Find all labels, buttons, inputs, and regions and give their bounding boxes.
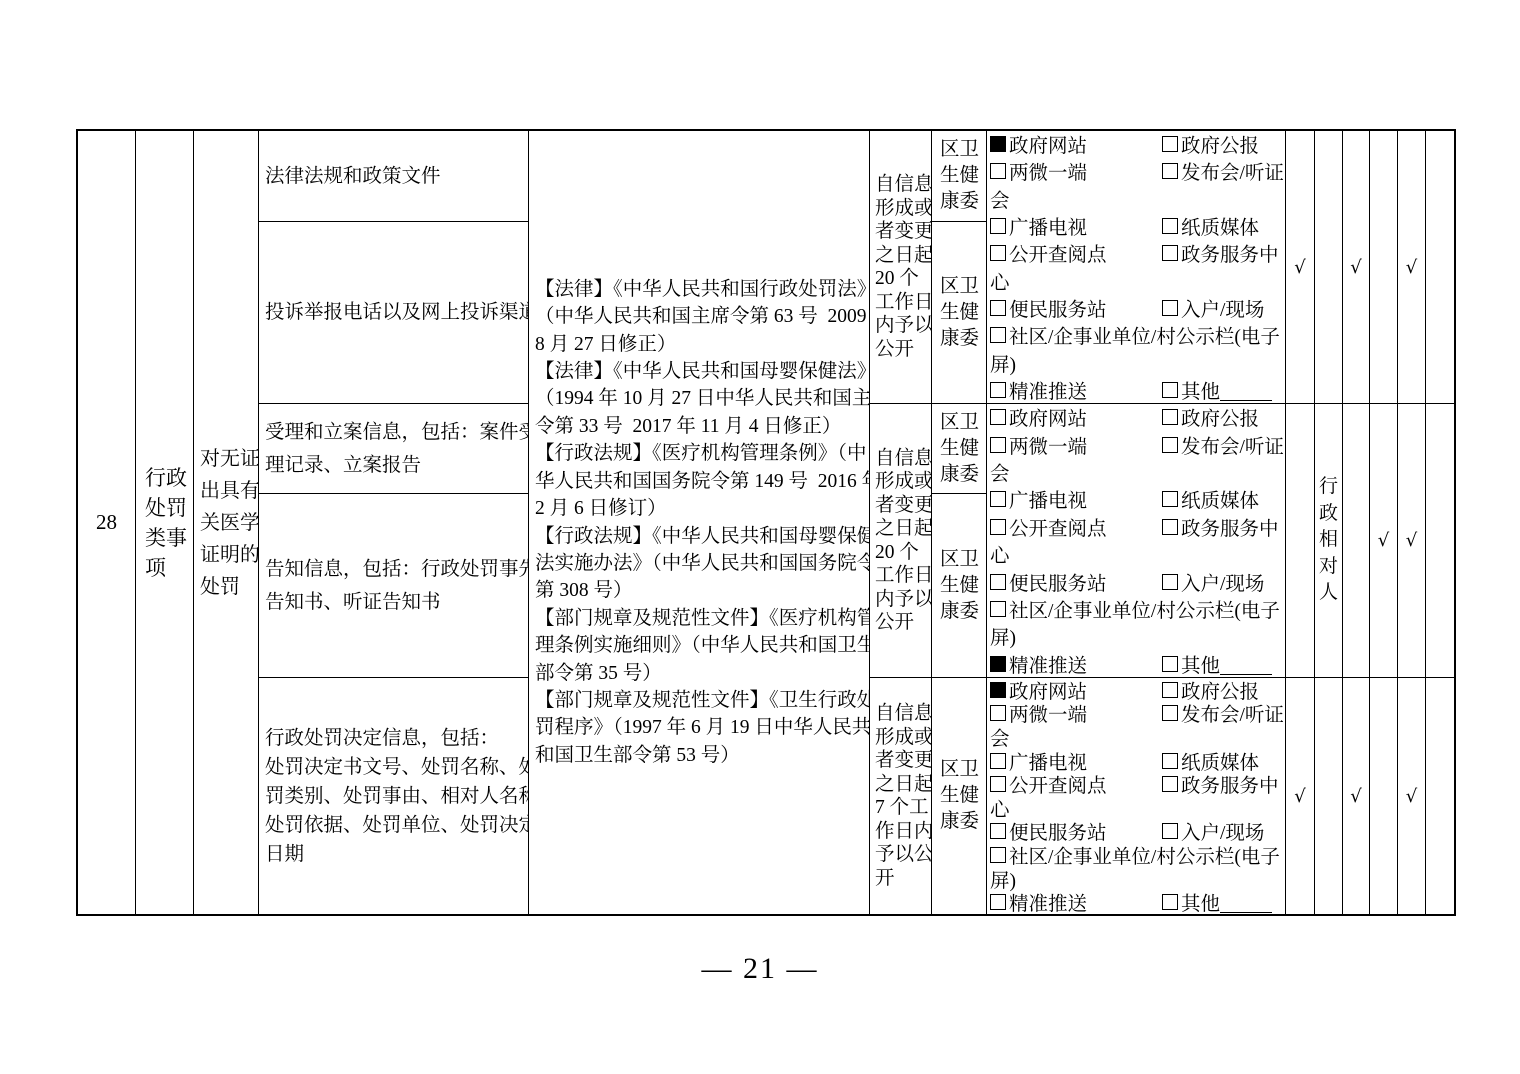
text-line: 区卫 bbox=[940, 274, 986, 300]
checkbox-icon bbox=[1162, 136, 1178, 152]
channel-item: 社区/企事业单位/村公示栏(电子 bbox=[990, 595, 1280, 623]
channels-block-2: 政府网站政府公报两微一端发布会/听证会广播电视纸质媒体公开查阅点政务服务中心便民… bbox=[987, 404, 1286, 678]
text-line: （中华人民共和国主席令第 63 号 2009 年 bbox=[535, 303, 869, 330]
mark-cell-r3c4 bbox=[1370, 678, 1398, 914]
channel-item: 公开查阅点 bbox=[990, 770, 1162, 798]
text-line: 8 月 27 日修正） bbox=[535, 331, 869, 358]
channel-item: 两微一端 bbox=[990, 157, 1162, 185]
text-line: 区卫 bbox=[940, 137, 986, 163]
channel-line: 心 bbox=[990, 267, 1285, 294]
mark-cell-r1c5: √ bbox=[1398, 131, 1426, 404]
channel-item: 政务服务中 bbox=[1162, 239, 1279, 267]
checkbox-icon bbox=[1162, 519, 1178, 535]
text-line: 者变更 bbox=[875, 494, 931, 518]
channels-block-1: 政府网站政府公报两微一端发布会/听证会广播电视纸质媒体公开查阅点政务服务中心便民… bbox=[987, 131, 1286, 404]
checkbox-icon bbox=[1162, 753, 1178, 769]
text-line: 自信息 bbox=[875, 447, 931, 471]
channel-label: 发布会/听证 bbox=[1181, 157, 1284, 185]
checkbox-checked-icon bbox=[990, 682, 1006, 698]
text-line: 法律法规和政策文件 bbox=[265, 160, 528, 193]
text-line: 和国卫生部令第 53 号） bbox=[535, 742, 869, 769]
channel-item: 发布会/听证 bbox=[1162, 699, 1284, 727]
channel-label: 公开查阅点 bbox=[1009, 770, 1107, 798]
text-line: 第 308 号） bbox=[535, 577, 869, 604]
text-line: 告知书、听证告知书 bbox=[265, 586, 528, 619]
text-line: 内予以 bbox=[875, 588, 931, 612]
channel-item: 会 bbox=[990, 185, 1010, 213]
checkbox-icon bbox=[990, 847, 1006, 863]
text-line: 康委 bbox=[940, 462, 986, 488]
checkbox-icon bbox=[990, 163, 1006, 179]
channel-line: 社区/企事业单位/村公示栏(电子 bbox=[990, 322, 1285, 349]
channel-label: 便民服务站 bbox=[1009, 294, 1107, 322]
channel-item: 心 bbox=[990, 267, 1010, 295]
text-line: 区卫 bbox=[940, 547, 986, 573]
text-line: 理记录、立案报告 bbox=[265, 449, 528, 482]
channel-item: 其他 bbox=[1162, 650, 1272, 678]
channel-line: 屏) bbox=[990, 623, 1285, 650]
checkbox-icon bbox=[1162, 163, 1178, 179]
checkbox-icon bbox=[1162, 823, 1178, 839]
checkbox-icon bbox=[990, 245, 1006, 261]
page-number: — 21 — bbox=[0, 952, 1520, 986]
text-line: 部令第 35 号） bbox=[535, 660, 869, 687]
text-line: 内予以 bbox=[875, 314, 931, 338]
text-line: 行政 bbox=[145, 463, 193, 493]
unit-cell-4: 区卫生健康委 bbox=[932, 494, 987, 678]
checkbox-icon bbox=[990, 382, 1006, 398]
channel-item: 会 bbox=[990, 458, 1010, 486]
blank-underline bbox=[1220, 659, 1272, 675]
checkbox-icon bbox=[1162, 705, 1178, 721]
text-line: 处罚 bbox=[200, 571, 258, 603]
text-line: 【部门规章及规范性文件】《医疗机构管 bbox=[535, 605, 869, 632]
channel-line: 公开查阅点政务服务中 bbox=[990, 240, 1285, 267]
mark-cell-r2c3 bbox=[1343, 404, 1370, 678]
channel-line: 广播电视纸质媒体 bbox=[990, 749, 1285, 773]
text-line: 对 bbox=[1319, 554, 1338, 581]
channel-line: 屏) bbox=[990, 867, 1285, 891]
text-line: 【法律】《中华人民共和国母婴保健法》 bbox=[535, 358, 869, 385]
channel-label: 社区/企事业单位/村公示栏(电子 bbox=[1009, 841, 1280, 869]
channel-label: 精准推送 bbox=[1009, 650, 1087, 678]
text-line: 生健 bbox=[940, 573, 986, 599]
text-line: 20 个 bbox=[875, 267, 931, 291]
checkbox-checked-icon bbox=[990, 136, 1006, 152]
channel-line: 心 bbox=[990, 541, 1285, 568]
text-line: 区卫 bbox=[940, 410, 986, 436]
channel-label: 纸质媒体 bbox=[1181, 485, 1259, 513]
channel-item: 政府公报 bbox=[1162, 404, 1259, 431]
mark-cell-r3c5: √ bbox=[1398, 678, 1426, 914]
channel-label: 广播电视 bbox=[1009, 485, 1087, 513]
text-line: 形成或 bbox=[875, 470, 931, 494]
mark-cell-r3c2 bbox=[1315, 678, 1343, 914]
channel-label: 会 bbox=[990, 185, 1010, 213]
text-line: 7 个工 bbox=[875, 796, 931, 820]
checkbox-icon bbox=[990, 491, 1006, 507]
text-line: 康委 bbox=[940, 189, 986, 215]
channel-line: 广播电视纸质媒体 bbox=[990, 486, 1285, 513]
channel-item: 发布会/听证 bbox=[1162, 431, 1284, 459]
checkbox-icon bbox=[990, 327, 1006, 343]
checkbox-icon bbox=[990, 894, 1006, 910]
channel-item: 心 bbox=[990, 540, 1010, 568]
channel-item: 政务服务中 bbox=[1162, 513, 1279, 541]
checkbox-icon bbox=[1162, 437, 1178, 453]
text-line: 之日起 bbox=[875, 244, 931, 268]
checkbox-icon bbox=[1162, 491, 1178, 507]
checkbox-icon bbox=[990, 300, 1006, 316]
channel-item: 入户/现场 bbox=[1162, 294, 1264, 322]
text-line: 生健 bbox=[940, 300, 986, 326]
text-line: 工作日 bbox=[875, 291, 931, 315]
text-line: 生健 bbox=[940, 163, 986, 189]
text-line: 区卫 bbox=[940, 757, 986, 783]
mark-cell-r1c1: √ bbox=[1286, 131, 1315, 404]
channel-label: 政府网站 bbox=[1009, 404, 1087, 431]
channel-line: 心 bbox=[990, 796, 1285, 820]
channel-label: 两微一端 bbox=[1009, 699, 1087, 727]
text-line: 开 bbox=[875, 867, 931, 891]
channel-item: 两微一端 bbox=[990, 699, 1162, 727]
text-line: 法实施办法》（中华人民共和国国务院令 bbox=[535, 550, 869, 577]
text-line: 予以公 bbox=[875, 843, 931, 867]
text-line: 证明的 bbox=[200, 539, 258, 571]
text-line: 康委 bbox=[940, 599, 986, 625]
text-line: 之日起 bbox=[875, 517, 931, 541]
text-line: 处罚 bbox=[145, 493, 193, 523]
text-line: 类事 bbox=[145, 523, 193, 553]
text-line: 投诉举报电话以及网上投诉渠道 bbox=[265, 296, 528, 329]
channel-item: 屏) bbox=[990, 349, 1016, 377]
unit-cell-3: 区卫生健康委 bbox=[932, 404, 987, 494]
channel-label: 政府公报 bbox=[1181, 131, 1259, 158]
text-line: 形成或 bbox=[875, 197, 931, 221]
checkbox-icon bbox=[1162, 894, 1178, 910]
time-limit-cell-3: 自信息形成或者变更之日起7 个工作日内予以公开 bbox=[870, 678, 932, 914]
channel-item: 入户/现场 bbox=[1162, 568, 1264, 596]
text-line: 项 bbox=[145, 553, 193, 583]
text-line: 对无证 bbox=[200, 443, 258, 475]
checkbox-icon bbox=[1162, 245, 1178, 261]
legal-basis-cell: 【法律】《中华人民共和国行政处罚法》（中华人民共和国主席令第 63 号 2009… bbox=[529, 131, 870, 914]
checkbox-icon bbox=[990, 823, 1006, 839]
channel-label: 社区/企事业单位/村公示栏(电子 bbox=[1009, 321, 1280, 349]
channel-item: 政府网站 bbox=[990, 131, 1162, 158]
text-line: 出具有 bbox=[200, 475, 258, 507]
mark-cell-r1c6 bbox=[1426, 131, 1454, 404]
channel-item: 精准推送 bbox=[990, 650, 1162, 678]
text-line: 受理和立案信息，包括：案件受 bbox=[265, 416, 528, 449]
text-line: 政 bbox=[1319, 501, 1338, 528]
text-line: 日期 bbox=[265, 840, 528, 869]
channel-label: 屏) bbox=[990, 349, 1016, 377]
channel-label: 政务服务中 bbox=[1181, 239, 1279, 267]
channel-line: 精准推送其他 bbox=[990, 376, 1285, 403]
channel-label: 政府网站 bbox=[1009, 131, 1087, 158]
channel-line: 政府网站政府公报 bbox=[990, 404, 1285, 431]
channel-line: 公开查阅点政务服务中 bbox=[990, 513, 1285, 540]
checkbox-icon bbox=[1162, 409, 1178, 425]
channel-item: 精准推送 bbox=[990, 888, 1162, 914]
text-line: 【行政法规】《中华人民共和国母婴保健 bbox=[535, 523, 869, 550]
channel-label: 发布会/听证 bbox=[1181, 699, 1284, 727]
text-line: 公开 bbox=[875, 611, 931, 635]
checkbox-icon bbox=[990, 519, 1006, 535]
channel-line: 两微一端发布会/听证 bbox=[990, 158, 1285, 185]
checkbox-icon bbox=[990, 601, 1006, 617]
channel-label: 社区/企事业单位/村公示栏(电子 bbox=[1009, 595, 1280, 623]
text-line: 相 bbox=[1319, 527, 1338, 554]
text-line: 之日起 bbox=[875, 773, 931, 797]
text-line: 行政处罚决定信息，包括： bbox=[265, 724, 528, 753]
channel-line: 会 bbox=[990, 458, 1285, 485]
unit-cell-1: 区卫生健康委 bbox=[932, 131, 987, 222]
channel-item: 两微一端 bbox=[990, 431, 1162, 459]
checkbox-icon bbox=[990, 409, 1006, 425]
unit-cell-5: 区卫生健康委 bbox=[932, 678, 987, 914]
text-line: 处罚决定书文号、处罚名称、处 bbox=[265, 753, 528, 782]
channel-label: 入户/现场 bbox=[1181, 294, 1264, 322]
channel-label: 便民服务站 bbox=[1009, 568, 1107, 596]
text-line: 罚类别、处罚事由、相对人名称、 bbox=[265, 782, 528, 811]
serial-number-cell: 28 bbox=[78, 131, 136, 914]
checkbox-icon bbox=[1162, 382, 1178, 398]
channel-item: 便民服务站 bbox=[990, 568, 1162, 596]
channel-label: 政务服务中 bbox=[1181, 513, 1279, 541]
channel-item: 纸质媒体 bbox=[1162, 212, 1259, 240]
content-cell-acceptance: 受理和立案信息，包括：案件受理记录、立案报告 bbox=[259, 404, 529, 494]
channel-label: 心 bbox=[990, 540, 1010, 568]
channel-label: 政务服务中 bbox=[1181, 770, 1279, 798]
text-line: 告知信息，包括：行政处罚事先 bbox=[265, 553, 528, 586]
text-line: 工作日 bbox=[875, 564, 931, 588]
channel-line: 政府网站政府公报 bbox=[990, 131, 1285, 158]
text-line: 自信息 bbox=[875, 173, 931, 197]
category-cell: 行政处罚类事项 bbox=[136, 131, 194, 914]
channel-item: 公开查阅点 bbox=[990, 239, 1162, 267]
channel-label: 纸质媒体 bbox=[1181, 212, 1259, 240]
checkbox-icon bbox=[990, 218, 1006, 234]
checkbox-icon bbox=[1162, 218, 1178, 234]
serial-number: 28 bbox=[96, 510, 117, 535]
channel-item: 其他 bbox=[1162, 376, 1272, 404]
channel-label: 精准推送 bbox=[1009, 376, 1087, 404]
channel-line: 便民服务站入户/现场 bbox=[990, 294, 1285, 321]
channel-item: 公开查阅点 bbox=[990, 513, 1162, 541]
document-page: 28 行政处罚类事项 对无证出具有关医学证明的处罚 法律法规和政策文件 投诉举报… bbox=[0, 0, 1520, 1074]
checkbox-icon bbox=[990, 753, 1006, 769]
mark-cell-r1c4 bbox=[1370, 131, 1398, 404]
disclosure-table: 28 行政处罚类事项 对无证出具有关医学证明的处罚 法律法规和政策文件 投诉举报… bbox=[76, 129, 1456, 916]
channel-label: 屏) bbox=[990, 622, 1016, 650]
checkbox-icon bbox=[1162, 682, 1178, 698]
text-line: 行 bbox=[1319, 474, 1338, 501]
channel-item: 政府公报 bbox=[1162, 131, 1259, 158]
text-line: 人 bbox=[1319, 580, 1338, 607]
mark-cell-r2c5: √ bbox=[1398, 404, 1426, 678]
content-cell-notification: 告知信息，包括：行政处罚事先告知书、听证告知书 bbox=[259, 494, 529, 678]
mark-cell-r3c3: √ bbox=[1343, 678, 1370, 914]
mark-cell-r2c1 bbox=[1286, 404, 1315, 678]
item-name-cell: 对无证出具有关医学证明的处罚 bbox=[194, 131, 259, 914]
text-line: 2 月 6 日修订） bbox=[535, 495, 869, 522]
channel-line: 便民服务站入户/现场 bbox=[990, 820, 1285, 844]
channels-block-3: 政府网站政府公报两微一端发布会/听证会广播电视纸质媒体公开查阅点政务服务中心便民… bbox=[987, 678, 1286, 914]
text-line: 生健 bbox=[940, 783, 986, 809]
channel-label: 广播电视 bbox=[1009, 212, 1087, 240]
channel-item: 精准推送 bbox=[990, 376, 1162, 404]
text-line: 者变更 bbox=[875, 220, 931, 244]
channel-line: 会 bbox=[990, 725, 1285, 749]
channel-line: 精准推送其他 bbox=[990, 890, 1285, 914]
checkbox-icon bbox=[990, 574, 1006, 590]
channel-line: 屏) bbox=[990, 349, 1285, 376]
channel-item: 其他 bbox=[1162, 888, 1272, 914]
channel-label: 发布会/听证 bbox=[1181, 431, 1284, 459]
content-cell-laws: 法律法规和政策文件 bbox=[259, 131, 529, 222]
counterpart-cell: 行政相对人 bbox=[1315, 404, 1343, 678]
checkbox-icon bbox=[990, 776, 1006, 792]
channel-item: 纸质媒体 bbox=[1162, 485, 1259, 513]
text-line: 康委 bbox=[940, 809, 986, 835]
channel-line: 公开查阅点政务服务中 bbox=[990, 772, 1285, 796]
channel-item: 便民服务站 bbox=[990, 294, 1162, 322]
mark-cell-r1c3: √ bbox=[1343, 131, 1370, 404]
channel-line: 会 bbox=[990, 185, 1285, 212]
channel-label: 其他 bbox=[1181, 650, 1220, 678]
text-line: 【法律】《中华人民共和国行政处罚法》 bbox=[535, 276, 869, 303]
channel-line: 精准推送其他 bbox=[990, 650, 1285, 677]
channel-item: 社区/企事业单位/村公示栏(电子 bbox=[990, 841, 1280, 869]
text-line: 作日内 bbox=[875, 820, 931, 844]
channel-line: 两微一端发布会/听证 bbox=[990, 431, 1285, 458]
text-line: 康委 bbox=[940, 326, 986, 352]
checkbox-icon bbox=[1162, 300, 1178, 316]
text-line: 处罚依据、处罚单位、处罚决定 bbox=[265, 811, 528, 840]
channel-label: 两微一端 bbox=[1009, 431, 1087, 459]
text-line: （1994 年 10 月 27 日中华人民共和国主席 bbox=[535, 385, 869, 412]
channel-line: 广播电视纸质媒体 bbox=[990, 212, 1285, 239]
checkbox-icon bbox=[1162, 574, 1178, 590]
channel-item: 社区/企事业单位/村公示栏(电子 bbox=[990, 321, 1280, 349]
channel-line: 社区/企事业单位/村公示栏(电子 bbox=[990, 595, 1285, 622]
text-line: 公开 bbox=[875, 338, 931, 362]
text-line: 华人民共和国国务院令第 149 号 2016 年 bbox=[535, 468, 869, 495]
blank-underline bbox=[1220, 385, 1272, 401]
mark-cell-r3c1: √ bbox=[1286, 678, 1315, 914]
unit-cell-2: 区卫生健康委 bbox=[932, 222, 987, 404]
text-line: 20 个 bbox=[875, 541, 931, 565]
channel-label: 其他 bbox=[1181, 888, 1220, 914]
content-cell-complaint: 投诉举报电话以及网上投诉渠道 bbox=[259, 222, 529, 404]
channel-label: 其他 bbox=[1181, 376, 1220, 404]
text-line: 关医学 bbox=[200, 507, 258, 539]
channel-line: 社区/企事业单位/村公示栏(电子 bbox=[990, 843, 1285, 867]
channel-label: 公开查阅点 bbox=[1009, 239, 1107, 267]
channel-line: 政府网站政府公报 bbox=[990, 678, 1285, 702]
mark-cell-r3c6 bbox=[1426, 678, 1454, 914]
checkbox-icon bbox=[1162, 776, 1178, 792]
text-line: 令第 33 号 2017 年 11 月 4 日修正） bbox=[535, 413, 869, 440]
channel-item: 广播电视 bbox=[990, 485, 1162, 513]
text-line: 自信息 bbox=[875, 702, 931, 726]
blank-underline bbox=[1220, 897, 1272, 913]
mark-cell-r1c2 bbox=[1315, 131, 1343, 404]
channel-label: 会 bbox=[990, 458, 1010, 486]
checkbox-icon bbox=[990, 437, 1006, 453]
channel-label: 公开查阅点 bbox=[1009, 513, 1107, 541]
channel-label: 心 bbox=[990, 267, 1010, 295]
channel-label: 精准推送 bbox=[1009, 888, 1087, 914]
channel-item: 发布会/听证 bbox=[1162, 157, 1284, 185]
mark-cell-r2c6 bbox=[1426, 404, 1454, 678]
text-line: 生健 bbox=[940, 436, 986, 462]
text-line: 者变更 bbox=[875, 749, 931, 773]
channel-line: 两微一端发布会/听证 bbox=[990, 702, 1285, 726]
channel-item: 屏) bbox=[990, 622, 1016, 650]
channel-line: 便民服务站入户/现场 bbox=[990, 568, 1285, 595]
time-limit-cell-1: 自信息形成或者变更之日起20 个工作日内予以公开 bbox=[870, 131, 932, 404]
text-line: 罚程序》（1997 年 6 月 19 日中华人民共 bbox=[535, 714, 869, 741]
channel-label: 入户/现场 bbox=[1181, 568, 1264, 596]
channel-label: 政府公报 bbox=[1181, 404, 1259, 431]
mark-cell-r2c4: √ bbox=[1370, 404, 1398, 678]
content-cell-decision: 行政处罚决定信息，包括：处罚决定书文号、处罚名称、处罚类别、处罚事由、相对人名称… bbox=[259, 678, 529, 914]
time-limit-cell-2: 自信息形成或者变更之日起20 个工作日内予以公开 bbox=[870, 404, 932, 678]
text-line: 形成或 bbox=[875, 726, 931, 750]
channel-label: 两微一端 bbox=[1009, 157, 1087, 185]
checkbox-checked-icon bbox=[990, 656, 1006, 672]
channel-item: 广播电视 bbox=[990, 212, 1162, 240]
text-line: 【部门规章及规范性文件】《卫生行政处 bbox=[535, 687, 869, 714]
channel-item: 政府网站 bbox=[990, 404, 1162, 431]
checkbox-icon bbox=[990, 705, 1006, 721]
text-line: 理条例实施细则》（中华人民共和国卫生 bbox=[535, 632, 869, 659]
channel-item: 政务服务中 bbox=[1162, 770, 1279, 798]
checkbox-icon bbox=[1162, 656, 1178, 672]
text-line: 【行政法规】《医疗机构管理条例》（中 bbox=[535, 440, 869, 467]
